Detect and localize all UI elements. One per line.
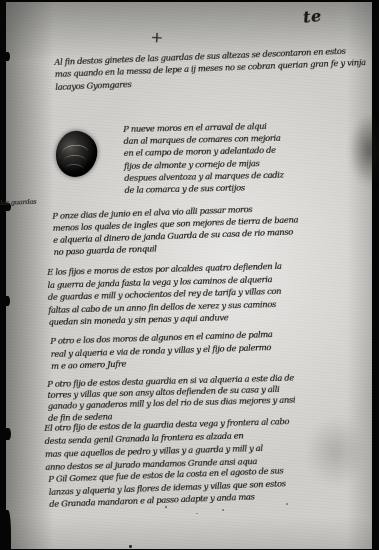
edge-smudge [349,114,379,186]
ink-speck [222,509,224,511]
entry-paragraph: P nueve moros en el arraval de alqui dan… [123,118,339,196]
margin-note: las guardas [0,198,36,207]
ink-speck [286,503,288,505]
invocation-cross: + [150,28,163,47]
ink-speck [196,513,198,514]
folio-mark: te [302,6,322,27]
scan-edge-notch [6,428,11,440]
manuscript-scan: te + Al fin destos ginetes de las guarda… [0,0,379,550]
scan-edge-notch [6,52,10,61]
entry-paragraph: E los fijos e moros de estos por alcalde… [47,258,357,329]
ink-speck [165,506,167,508]
scan-edge-notch [6,296,10,306]
ink-speck [129,545,132,548]
blot-highlight [65,163,84,175]
